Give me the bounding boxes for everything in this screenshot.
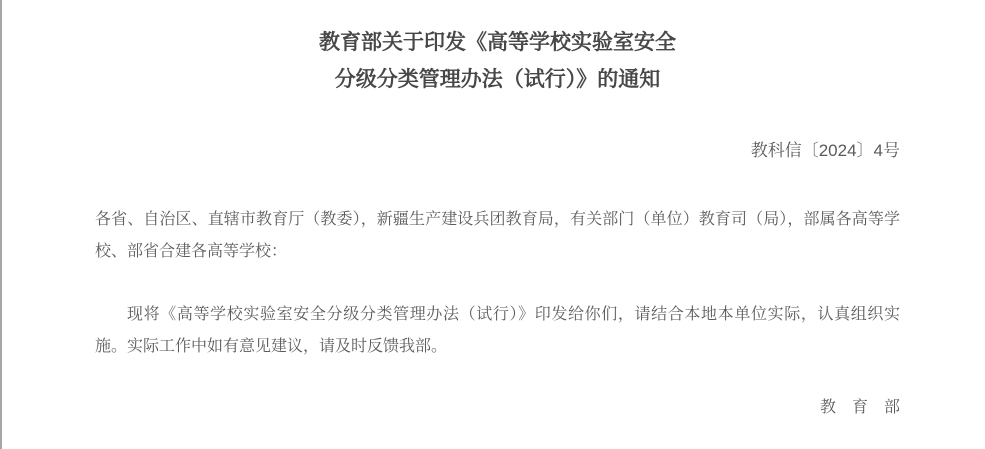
notice-title: 教育部关于印发《高等学校实验室安全 分级分类管理办法（试行）》的通知: [95, 24, 900, 98]
page-left-edge-line: [0, 0, 2, 449]
notice-title-line-1: 教育部关于印发《高等学校实验室安全: [319, 31, 676, 54]
notice-title-line-2: 分级分类管理办法（试行）》的通知: [335, 68, 661, 91]
salutation-paragraph: 各省、自治区、直辖市教育厅（教委），新疆生产建设兵团教育局，有关部门（单位）教育…: [95, 204, 900, 268]
document-number: 教科信〔2024〕4号: [95, 140, 900, 162]
notice-document-page: 教育部关于印发《高等学校实验室安全 分级分类管理办法（试行）》的通知 教科信〔2…: [0, 0, 985, 449]
body-paragraph: 现将《高等学校实验室安全分级分类管理办法（试行）》印发给你们，请结合本地本单位实…: [95, 299, 900, 363]
issuer-signature: 教 育 部: [95, 392, 900, 424]
